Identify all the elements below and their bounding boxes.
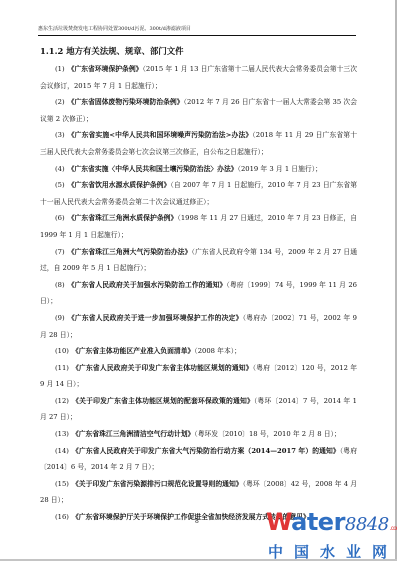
item-number: (16) xyxy=(55,513,69,521)
item-title: 《广东省实施〈中华人民共和国土壤污染防治法〉办法》 xyxy=(68,165,238,173)
section-heading: 1.1.2 地方有关法规、规章、部门文件 xyxy=(40,45,183,57)
list-item: (1)《广东省环境保护条例》（2015 年 1 月 13 日广东省第十二届人民代… xyxy=(40,61,357,94)
item-detail: （粤环发〔2010〕18 号，2010 年 2 月 8 日）； xyxy=(194,430,340,438)
item-number: (13) xyxy=(55,430,69,438)
item-title: 《广东省珠江三角洲水质保护条例》 xyxy=(68,214,178,222)
list-item: (5)《广东省饮用水源水质保护条例》（自 2007 年 7 月 1 日起施行，2… xyxy=(40,177,357,210)
item-title: 《广东省实施<中华人民共和国环境噪声污染防治法>办法》 xyxy=(68,131,253,139)
list-item: (10)《广东省主体功能区产业准入负面清单》（2008 年本）； xyxy=(40,343,357,360)
list-item: (4)《广东省实施〈中华人民共和国土壤污染防治法〉办法》（2019 年 3 月 … xyxy=(40,161,357,178)
page-number: 8 xyxy=(195,518,199,525)
item-number: (14) xyxy=(55,447,69,455)
item-title: 《广东省珠江三角洲大气污染防治办法》 xyxy=(68,248,192,256)
item-title: 《关于印发广东省污染源排污口规范化设置导则的通知》 xyxy=(72,480,243,488)
item-title: 《广东省主体功能区产业准入负面清单》 xyxy=(72,347,194,355)
item-number: (5) xyxy=(55,181,65,189)
header-rule xyxy=(38,35,356,36)
list-item: (2)《广东省固体废物污染环境防治条例》（2012 年 7 月 26 日广东省十… xyxy=(40,94,357,127)
watermark-dotcom: .com xyxy=(390,526,397,532)
list-item: (8)《广东省人民政府关于加强水污染防治工作的通知》（粤府〔1999〕74 号，… xyxy=(40,277,357,310)
item-detail: （2019 年 3 月 1 日施行）； xyxy=(238,165,322,173)
item-number: (6) xyxy=(55,214,65,222)
list-item: (15)《关于印发广东省污染源排污口规范化设置导则的通知》（粤环〔2008〕42… xyxy=(40,476,357,509)
item-number: (15) xyxy=(55,480,69,488)
item-number: (12) xyxy=(55,397,69,405)
item-number: (3) xyxy=(55,131,65,139)
item-title: 《广东省人民政府关于印发广东省主体功能区规划的通知》 xyxy=(72,364,253,372)
item-title: 《广东省人民政府关于进一步加强环境保护工作的决定》 xyxy=(68,314,243,322)
item-title: 《广东省珠江三角洲清洁空气行动计划》 xyxy=(72,430,194,438)
item-number: (7) xyxy=(55,248,65,256)
list-item: (12)《关于印发广东省主体功能区规划的配套环保政策的通知》（粤环〔2014〕7… xyxy=(40,393,357,426)
list-item: (9)《广东省人民政府关于进一步加强环境保护工作的决定》（粤府办〔2002〕71… xyxy=(40,310,357,343)
list-item: (14)《广东省人民政府关于印发广东省大气污染防治行动方案（2014—2017 … xyxy=(40,443,357,476)
item-number: (9) xyxy=(55,314,65,322)
running-header: 惠东生活垃圾焚烧发电工程协同处置300t/d污泥、300t/d渗滤液项目 xyxy=(38,26,358,33)
item-title: 《广东省人民政府关于加强水污染防治工作的通知》 xyxy=(68,281,227,289)
item-number: (4) xyxy=(55,165,65,173)
watermark-brand-line: Water8848.com xyxy=(266,510,391,541)
item-number: (10) xyxy=(55,347,69,355)
item-title: 《广东省饮用水源水质保护条例》 xyxy=(68,181,171,189)
watermark-w: W xyxy=(266,508,291,536)
list-item: (3)《广东省实施<中华人民共和国环境噪声污染防治法>办法》（2018 年 11… xyxy=(40,127,357,160)
item-number: (11) xyxy=(55,364,69,372)
item-title: 《关于印发广东省主体功能区规划的配套环保政策的通知》 xyxy=(72,397,254,405)
item-title: 《广东省人民政府关于印发广东省大气污染防治行动方案（2014—2017 年）的通… xyxy=(72,447,340,455)
list-item: (11)《广东省人民政府关于印发广东省主体功能区规划的通知》（粤府〔2012〕1… xyxy=(40,360,357,393)
item-detail: （2008 年本）； xyxy=(194,347,241,355)
item-title: 《广东省固体废物污染环境防治条例》 xyxy=(68,98,184,106)
list-item: (6)《广东省珠江三角洲水质保护条例》（1998 年 11 月 27 日通过，2… xyxy=(40,210,357,243)
watermark-chinese-name: 中国水业网 xyxy=(266,543,391,561)
item-number: (2) xyxy=(55,98,65,106)
item-number: (8) xyxy=(55,281,65,289)
item-number: (1) xyxy=(55,65,65,73)
regulation-list: (1)《广东省环境保护条例》（2015 年 1 月 13 日广东省第十二届人民代… xyxy=(40,61,357,526)
list-item: (13)《广东省珠江三角洲清洁空气行动计划》（粤环发〔2010〕18 号，201… xyxy=(40,426,357,443)
item-title: 《广东省环境保护条例》 xyxy=(68,65,143,73)
watermark-ater: ater xyxy=(291,508,345,536)
water8848-watermark-logo: Water8848.com 中国水业网 xyxy=(266,510,391,556)
list-item: (7)《广东省珠江三角洲大气污染防治办法》（广东省人民政府令第 134 号，20… xyxy=(40,244,357,277)
watermark-number: 8848 xyxy=(345,514,389,535)
